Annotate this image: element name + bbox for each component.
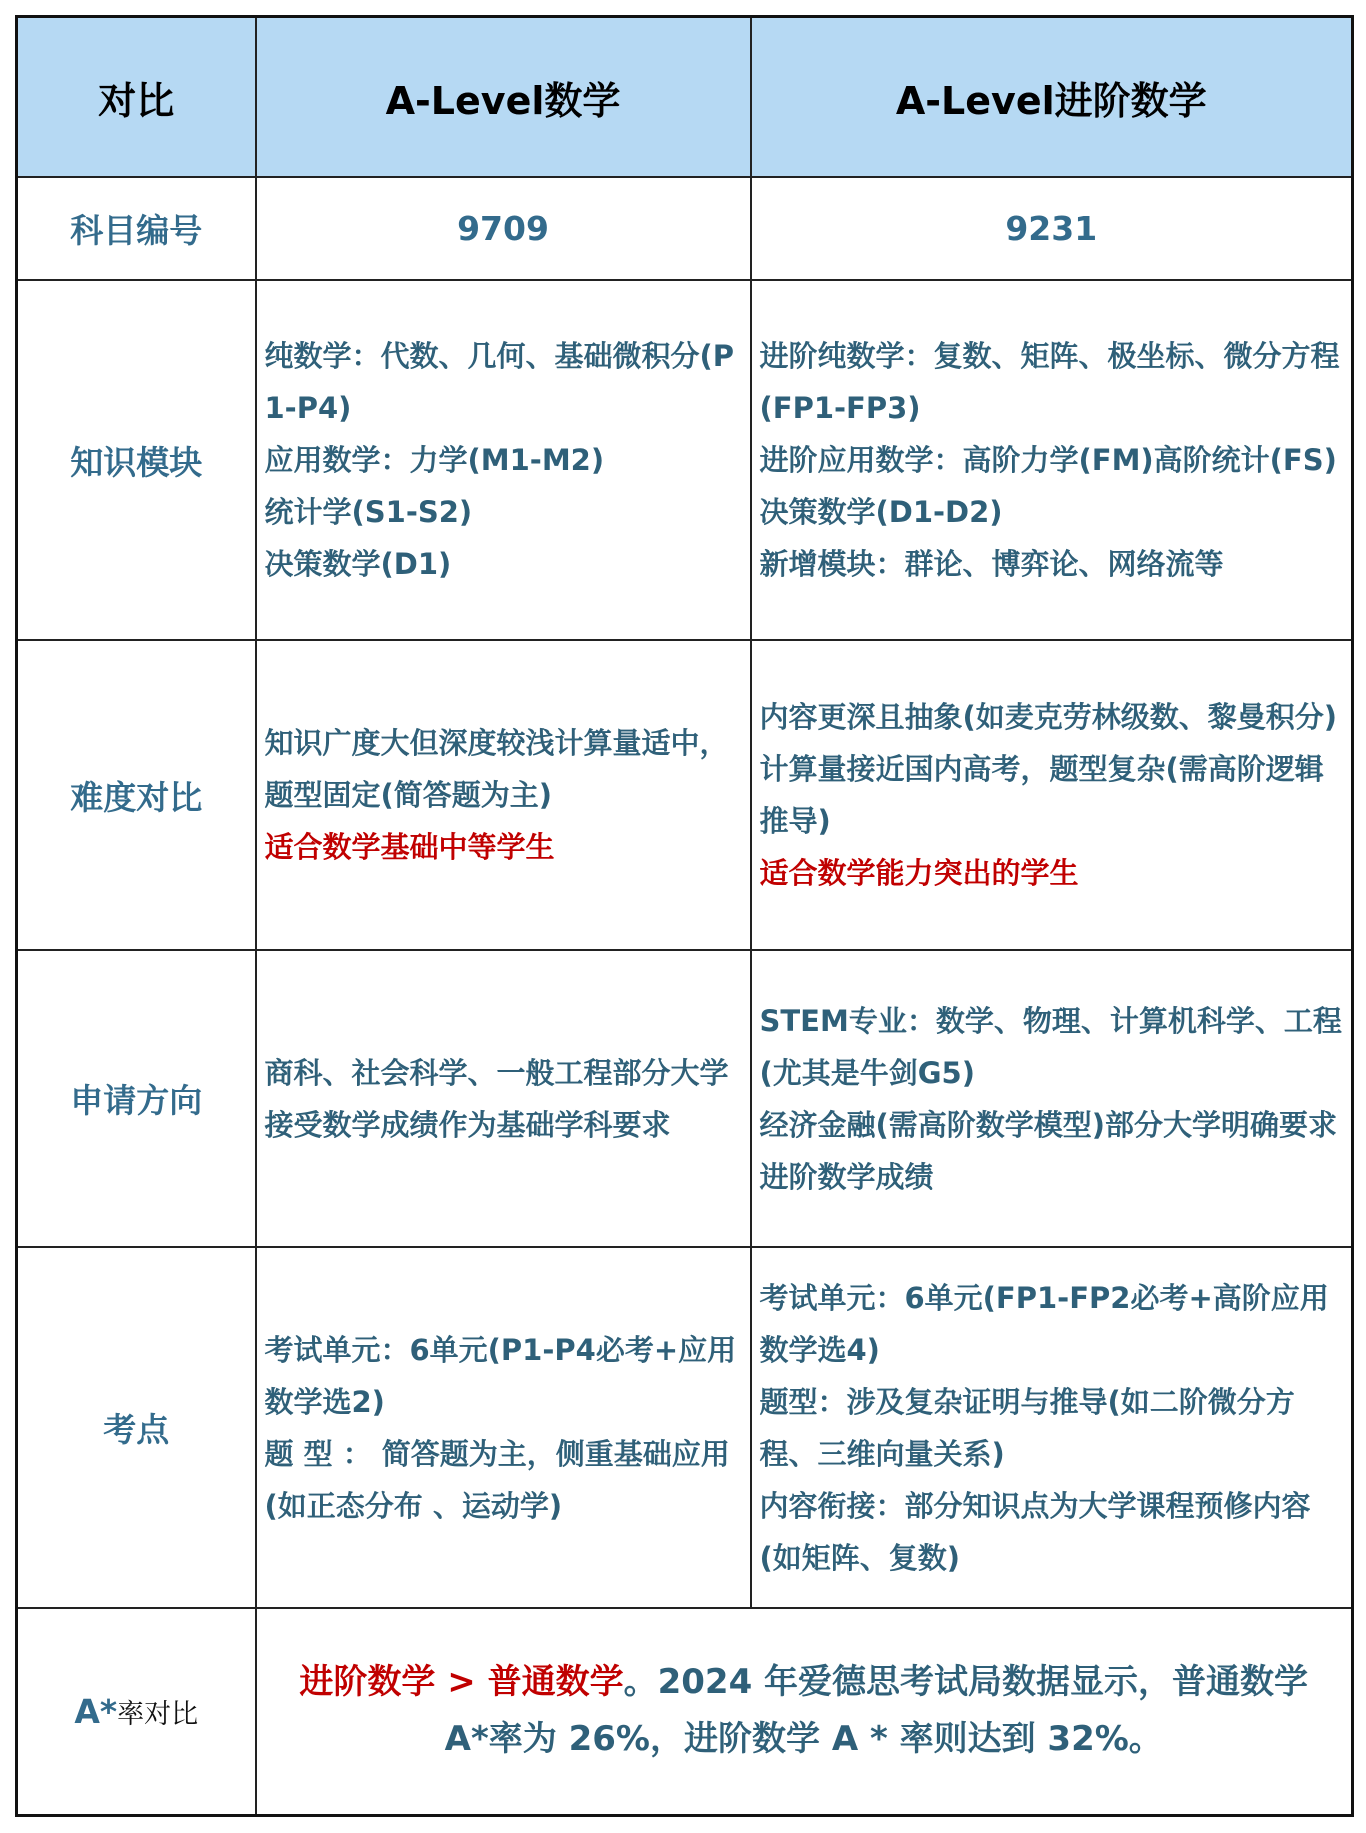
text-line: 应用数学：力学(M1-M2): [265, 434, 744, 486]
row-difficulty: 难度对比 知识广度大但深度较浅计算量适中，题型固定(简答题为主) 适合数学基础中…: [17, 640, 1353, 950]
row-exam: 考点 考试单元：6单元(P1-P4必考+应用数学选2) 题 型 ： 简答题为主，…: [17, 1247, 1353, 1608]
text-line: 计算量接近国内高考，题型复杂(需高阶逻辑推导): [760, 743, 1346, 847]
math-direction: 商科、社会科学、一般工程部分大学接受数学成绩作为基础学科要求: [256, 950, 751, 1247]
summary-highlight: 进阶数学 > 普通数学: [299, 1662, 623, 1702]
row-astar: A*率对比 进阶数学 > 普通数学。2024 年爱德思考试局数据显示，普通数学 …: [17, 1608, 1353, 1815]
math-difficulty: 知识广度大但深度较浅计算量适中，题型固定(简答题为主) 适合数学基础中等学生: [256, 640, 751, 950]
text-line: 纯数学：代数、几何、基础微积分(P1-P4): [265, 330, 744, 434]
row-subject-code: 科目编号 9709 9231: [17, 177, 1353, 280]
row-label: 知识模块: [17, 280, 256, 640]
row-label: 科目编号: [17, 177, 256, 280]
row-label: 考点: [17, 1247, 256, 1608]
astar-summary: 进阶数学 > 普通数学。2024 年爱德思考试局数据显示，普通数学 A*率为 2…: [256, 1608, 1353, 1815]
text-line: 内容更深且抽象(如麦克劳林级数、黎曼积分): [760, 691, 1346, 743]
astar-suffix: 率对比: [117, 1699, 198, 1730]
text-line: 新增模块：群论、博弈论、网络流等: [760, 538, 1346, 590]
further-code: 9231: [751, 177, 1353, 280]
highlight-line: 适合数学能力突出的学生: [760, 847, 1346, 899]
text-line: 进阶纯数学：复数、矩阵、极坐标、微分方程(FP1-FP3): [760, 330, 1346, 434]
comparison-table: 对比 A-Level数学 A-Level进阶数学 科目编号 9709 9231 …: [15, 15, 1354, 1817]
text-line: 决策数学(D1-D2): [760, 486, 1346, 538]
math-code: 9709: [256, 177, 751, 280]
row-label: 申请方向: [17, 950, 256, 1247]
header-row: 对比 A-Level数学 A-Level进阶数学: [17, 17, 1353, 178]
row-direction: 申请方向 商科、社会科学、一般工程部分大学接受数学成绩作为基础学科要求 STEM…: [17, 950, 1353, 1247]
astar-prefix: A*: [74, 1692, 117, 1731]
math-modules: 纯数学：代数、几何、基础微积分(P1-P4) 应用数学：力学(M1-M2) 统计…: [256, 280, 751, 640]
text-line: 内容衔接：部分知识点为大学课程预修内容(如矩阵、复数): [760, 1480, 1346, 1584]
row-label: A*率对比: [17, 1608, 256, 1815]
text-line: 经济金融(需高阶数学模型)部分大学明确要求进阶数学成绩: [760, 1099, 1346, 1203]
text-line: STEM专业：数学、物理、计算机科学、工程(尤其是牛剑G5): [760, 995, 1346, 1099]
header-compare: 对比: [17, 17, 256, 178]
text-line: 统计学(S1-S2): [265, 486, 744, 538]
highlight-line: 适合数学基础中等学生: [265, 821, 744, 873]
row-modules: 知识模块 纯数学：代数、几何、基础微积分(P1-P4) 应用数学：力学(M1-M…: [17, 280, 1353, 640]
text-line: 题 型 ： 简答题为主，侧重基础应用(如正态分布 、运动学): [265, 1428, 744, 1532]
text-line: 知识广度大但深度较浅计算量适中，题型固定(简答题为主): [265, 717, 744, 821]
math-exam: 考试单元：6单元(P1-P4必考+应用数学选2) 题 型 ： 简答题为主，侧重基…: [256, 1247, 751, 1608]
header-alevel-math: A-Level数学: [256, 17, 751, 178]
text-line: 题型：涉及复杂证明与推导(如二阶微分方程、三维向量关系): [760, 1376, 1346, 1480]
further-direction: STEM专业：数学、物理、计算机科学、工程(尤其是牛剑G5) 经济金融(需高阶数…: [751, 950, 1353, 1247]
further-modules: 进阶纯数学：复数、矩阵、极坐标、微分方程(FP1-FP3) 进阶应用数学：高阶力…: [751, 280, 1353, 640]
header-alevel-further-math: A-Level进阶数学: [751, 17, 1353, 178]
text-line: 考试单元：6单元(P1-P4必考+应用数学选2): [265, 1324, 744, 1428]
text-line: 进阶应用数学：高阶力学(FM)高阶统计(FS): [760, 434, 1346, 486]
row-label: 难度对比: [17, 640, 256, 950]
further-exam: 考试单元：6单元(FP1-FP2必考+高阶应用数学选4) 题型：涉及复杂证明与推…: [751, 1247, 1353, 1608]
text-line: 考试单元：6单元(FP1-FP2必考+高阶应用数学选4): [760, 1272, 1346, 1376]
text-line: 决策数学(D1): [265, 538, 744, 590]
text-line: 商科、社会科学、一般工程部分大学接受数学成绩作为基础学科要求: [265, 1047, 744, 1151]
further-difficulty: 内容更深且抽象(如麦克劳林级数、黎曼积分) 计算量接近国内高考，题型复杂(需高阶…: [751, 640, 1353, 950]
